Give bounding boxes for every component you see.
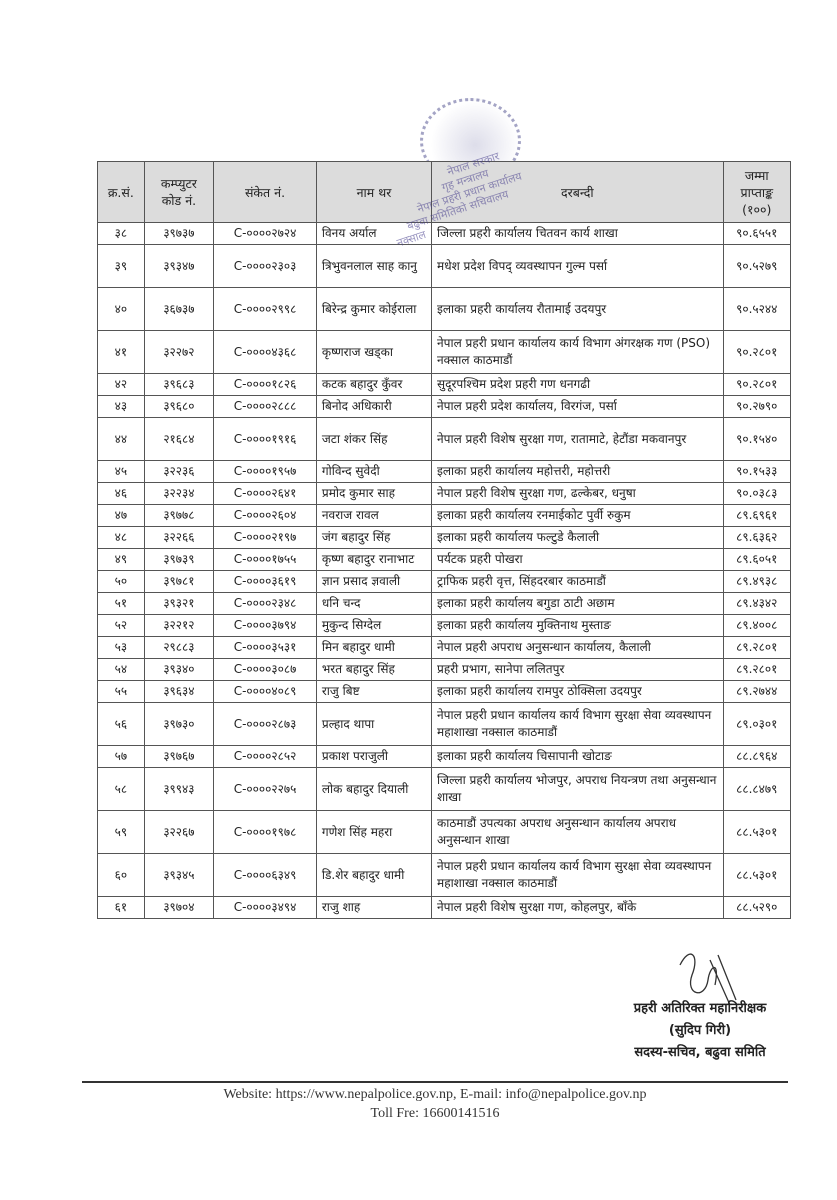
row-posting: नेपाल प्रहरी विशेष सुरक्षा गण, रातामाटे,…	[432, 418, 724, 461]
row-score: ८९.६९६१	[723, 505, 790, 527]
row-serial: ५८	[98, 768, 145, 811]
row-computer-code: ३९६८०	[144, 396, 214, 418]
row-computer-code: ३९३४०	[144, 659, 214, 681]
row-serial: ५५	[98, 681, 145, 703]
footer-contact: Website: https://www.nepalpolice.gov.np,…	[82, 1085, 788, 1104]
table-row: ४५३२२३६C-००००१९५७गोविन्द सुवेदीइलाका प्र…	[98, 461, 791, 483]
table-row: ५७३९७६७C-००००२८५२प्रकाश पराजुलीइलाका प्र…	[98, 746, 791, 768]
table-row: ५२३२२१२C-००००३७९४मुकुन्द सिग्देलइलाका प्…	[98, 615, 791, 637]
row-posting: जिल्ला प्रहरी कार्यालय भोजपुर, अपराध निय…	[432, 768, 724, 811]
row-symbol-no: C-००००२७२४	[214, 223, 317, 245]
row-symbol-no: C-००००३६१९	[214, 571, 317, 593]
row-symbol-no: C-००००२१९७	[214, 527, 317, 549]
table-row: ६१३९७०४C-००००३४९४राजु शाहनेपाल प्रहरी वि…	[98, 897, 791, 919]
row-name: बिरेन्द्र कुमार कोईराला	[316, 288, 431, 331]
row-posting: पर्यटक प्रहरी पोखरा	[432, 549, 724, 571]
row-serial: ५४	[98, 659, 145, 681]
row-name: कटक बहादुर कुँवर	[316, 374, 431, 396]
row-posting: नेपाल प्रहरी प्रधान कार्यालय कार्य विभाग…	[432, 331, 724, 374]
row-symbol-no: C-००००२२७५	[214, 768, 317, 811]
table-row: ५१३९३२१C-००००२३४८धनि चन्दइलाका प्रहरी का…	[98, 593, 791, 615]
header-total-score: जम्मा प्राप्ताङ्क (१००)	[723, 162, 790, 223]
row-serial: ६१	[98, 897, 145, 919]
row-name: गणेश सिंह महरा	[316, 811, 431, 854]
row-symbol-no: C-००००३४९४	[214, 897, 317, 919]
row-computer-code: ३९९४३	[144, 768, 214, 811]
row-name: गोविन्द सुवेदी	[316, 461, 431, 483]
row-posting: इलाका प्रहरी कार्यालय चिसापानी खोटाङ	[432, 746, 724, 768]
row-name: राजु बिष्ट	[316, 681, 431, 703]
row-symbol-no: C-००००१९५७	[214, 461, 317, 483]
row-posting: नेपाल प्रहरी विशेष सुरक्षा गण, कोहलपुर, …	[432, 897, 724, 919]
row-computer-code: ३९७३०	[144, 703, 214, 746]
row-serial: ५०	[98, 571, 145, 593]
row-computer-code: ३९७७८	[144, 505, 214, 527]
row-serial: ५७	[98, 746, 145, 768]
row-symbol-no: C-००००१९७८	[214, 811, 317, 854]
row-computer-code: ३२२६७	[144, 811, 214, 854]
row-serial: ३९	[98, 245, 145, 288]
table-body: ३८३९७३७C-००००२७२४विनय अर्यालजिल्ला प्रहर…	[98, 223, 791, 919]
row-posting: इलाका प्रहरी कार्यालय महोत्तरी, महोत्तरी	[432, 461, 724, 483]
row-symbol-no: C-००००१८२६	[214, 374, 317, 396]
signatory-role: सदस्य-सचिव, बढुवा समिति	[600, 1042, 800, 1064]
row-serial: ४३	[98, 396, 145, 418]
row-score: ८८.५३०१	[723, 854, 790, 897]
row-symbol-no: C-००००३५३१	[214, 637, 317, 659]
header-symbol-no: संकेत नं.	[214, 162, 317, 223]
row-symbol-no: C-००००२६४१	[214, 483, 317, 505]
row-symbol-no: C-००००३७९४	[214, 615, 317, 637]
row-symbol-no: C-००००२८५२	[214, 746, 317, 768]
row-posting: इलाका प्रहरी कार्यालय रामपुर ठोक्सिला उद…	[432, 681, 724, 703]
row-score: ९०.२८०१	[723, 374, 790, 396]
table-row: ४०३६७३७C-००००२९९८बिरेन्द्र कुमार कोईराला…	[98, 288, 791, 331]
row-computer-code: ३२२७२	[144, 331, 214, 374]
row-name: लोक बहादुर दियाली	[316, 768, 431, 811]
table-row: ४९३९७३९C-००००१७५५कृष्ण बहादुर रानाभाटपर्…	[98, 549, 791, 571]
row-computer-code: २९८८३	[144, 637, 214, 659]
row-symbol-no: C-००००४०८९	[214, 681, 317, 703]
table-header-row: क्र.सं. कम्प्युटर कोड नं. संकेत नं. नाम …	[98, 162, 791, 223]
row-name: कृष्णराज खड्का	[316, 331, 431, 374]
row-symbol-no: C-००००४३६८	[214, 331, 317, 374]
row-computer-code: ३२२६६	[144, 527, 214, 549]
row-posting: प्रहरी प्रभाग, सानेपा ललितपुर	[432, 659, 724, 681]
table-row: ६०३९३४५C-००००६३४९डि.शेर बहादुर धामीनेपाल…	[98, 854, 791, 897]
row-symbol-no: C-००००६३४९	[214, 854, 317, 897]
row-serial: ५३	[98, 637, 145, 659]
row-score: ९०.२७९०	[723, 396, 790, 418]
footer-tollfree: Toll Fre: 16600141516	[82, 1104, 788, 1123]
row-name: धनि चन्द	[316, 593, 431, 615]
row-computer-code: ३९७३९	[144, 549, 214, 571]
promotion-result-table: क्र.सं. कम्प्युटर कोड नं. संकेत नं. नाम …	[97, 161, 791, 919]
signatory-name: (सुदिप गिरी)	[600, 1020, 800, 1042]
row-computer-code: ३२२३४	[144, 483, 214, 505]
row-symbol-no: C-००००२३४८	[214, 593, 317, 615]
row-name: नवराज रावल	[316, 505, 431, 527]
row-name: प्रमोद कुमार साह	[316, 483, 431, 505]
row-score: ८९.४००८	[723, 615, 790, 637]
row-name: विनय अर्याल	[316, 223, 431, 245]
table-row: ४४२१६८४C-००००१९१६जटा शंकर सिंहनेपाल प्रह…	[98, 418, 791, 461]
row-name: ज्ञान प्रसाद ज्ञवाली	[316, 571, 431, 593]
row-symbol-no: C-००००२८८८	[214, 396, 317, 418]
row-score: ८८.५२९०	[723, 897, 790, 919]
header-serial: क्र.सं.	[98, 162, 145, 223]
table-row: ४६३२२३४C-००००२६४१प्रमोद कुमार साहनेपाल प…	[98, 483, 791, 505]
row-computer-code: ३९७०४	[144, 897, 214, 919]
row-score: ८९.२७४४	[723, 681, 790, 703]
row-name: प्रकाश पराजुली	[316, 746, 431, 768]
table-row: ५४३९३४०C-००००३०८७भरत बहादुर सिंहप्रहरी प…	[98, 659, 791, 681]
row-serial: ४८	[98, 527, 145, 549]
row-posting: नेपाल प्रहरी प्रधान कार्यालय कार्य विभाग…	[432, 703, 724, 746]
row-name: मिन बहादुर धामी	[316, 637, 431, 659]
row-name: प्रल्हाद थापा	[316, 703, 431, 746]
signatory-title: प्रहरी अतिरिक्त महानिरीक्षक	[600, 998, 800, 1020]
row-computer-code: ३९७३७	[144, 223, 214, 245]
row-score: ९०.५२७९	[723, 245, 790, 288]
row-symbol-no: C-००००२९९८	[214, 288, 317, 331]
row-score: ९०.२८०१	[723, 331, 790, 374]
row-score: ८९.६०५१	[723, 549, 790, 571]
row-score: ८९.०३०१	[723, 703, 790, 746]
row-posting: इलाका प्रहरी कार्यालय बगुडा ठाटी अछाम	[432, 593, 724, 615]
row-posting: नेपाल प्रहरी विशेष सुरक्षा गण, ढल्केबर, …	[432, 483, 724, 505]
table-row: ५३२९८८३C-००००३५३१मिन बहादुर धामीनेपाल प्…	[98, 637, 791, 659]
row-serial: ४१	[98, 331, 145, 374]
row-serial: ५२	[98, 615, 145, 637]
row-serial: ४४	[98, 418, 145, 461]
row-serial: ४९	[98, 549, 145, 571]
row-posting: मधेश प्रदेश विपद् व्यवस्थापन गुल्म पर्सा	[432, 245, 724, 288]
row-score: ८८.५३०१	[723, 811, 790, 854]
row-name: राजु शाह	[316, 897, 431, 919]
row-symbol-no: C-००००२८७३	[214, 703, 317, 746]
row-symbol-no: C-००००३०८७	[214, 659, 317, 681]
row-serial: ४६	[98, 483, 145, 505]
row-posting: सुदूरपश्चिम प्रदेश प्रहरी गण धनगढी	[432, 374, 724, 396]
row-name: भरत बहादुर सिंह	[316, 659, 431, 681]
header-computer-code: कम्प्युटर कोड नं.	[144, 162, 214, 223]
row-computer-code: ३९६८३	[144, 374, 214, 396]
table-row: ४७३९७७८C-००००२६०४नवराज रावलइलाका प्रहरी …	[98, 505, 791, 527]
row-serial: ६०	[98, 854, 145, 897]
table-row: ५६३९७३०C-००००२८७३प्रल्हाद थापानेपाल प्रह…	[98, 703, 791, 746]
row-computer-code: ३२२३६	[144, 461, 214, 483]
row-posting: नेपाल प्रहरी प्रदेश कार्यालय, विरगंज, पर…	[432, 396, 724, 418]
row-computer-code: ३२२१२	[144, 615, 214, 637]
row-posting: नेपाल प्रहरी प्रधान कार्यालय कार्य विभाग…	[432, 854, 724, 897]
row-posting: काठमाडौं उपत्यका अपराध अनुसन्धान कार्याल…	[432, 811, 724, 854]
row-score: ९०.१५४०	[723, 418, 790, 461]
header-name: नाम थर	[316, 162, 431, 223]
row-posting: इलाका प्रहरी कार्यालय रौतामाई उदयपुर	[432, 288, 724, 331]
row-score: ८९.४३४२	[723, 593, 790, 615]
row-computer-code: ३९७८१	[144, 571, 214, 593]
row-posting: नेपाल प्रहरी अपराध अनुसन्धान कार्यालय, क…	[432, 637, 724, 659]
row-score: ८८.८४७९	[723, 768, 790, 811]
row-name: बिनोद अधिकारी	[316, 396, 431, 418]
header-posting: दरबन्दी	[432, 162, 724, 223]
table-row: ४३३९६८०C-००००२८८८बिनोद अधिकारीनेपाल प्रह…	[98, 396, 791, 418]
row-serial: ४७	[98, 505, 145, 527]
row-serial: ५९	[98, 811, 145, 854]
row-serial: ३८	[98, 223, 145, 245]
row-name: कृष्ण बहादुर रानाभाट	[316, 549, 431, 571]
row-symbol-no: C-००००२६०४	[214, 505, 317, 527]
row-score: ९०.१५३३	[723, 461, 790, 483]
row-computer-code: ३९७६७	[144, 746, 214, 768]
footer: Website: https://www.nepalpolice.gov.np,…	[82, 1085, 788, 1123]
table-row: ५५३९६३४C-००००४०८९राजु बिष्टइलाका प्रहरी …	[98, 681, 791, 703]
row-name: जंग बहादुर सिंह	[316, 527, 431, 549]
row-serial: ४२	[98, 374, 145, 396]
row-posting: ट्राफिक प्रहरी वृत्त, सिंहदरबार काठमाडौं	[432, 571, 724, 593]
table-row: ५९३२२६७C-००००१९७८गणेश सिंह महराकाठमाडौं …	[98, 811, 791, 854]
table-row: ३९३९३४७C-००००२३०३त्रिभुवनलाल साह कानुमधे…	[98, 245, 791, 288]
row-computer-code: ३९३४७	[144, 245, 214, 288]
row-symbol-no: C-००००२३०३	[214, 245, 317, 288]
row-name: त्रिभुवनलाल साह कानु	[316, 245, 431, 288]
table-row: ४२३९६८३C-००००१८२६कटक बहादुर कुँवरसुदूरपश…	[98, 374, 791, 396]
row-posting: इलाका प्रहरी कार्यालय मुक्तिनाथ मुस्ताङ	[432, 615, 724, 637]
footer-divider	[82, 1081, 788, 1083]
row-score: ९०.६५५१	[723, 223, 790, 245]
row-serial: ५६	[98, 703, 145, 746]
row-serial: ४५	[98, 461, 145, 483]
table-row: ३८३९७३७C-००००२७२४विनय अर्यालजिल्ला प्रहर…	[98, 223, 791, 245]
row-computer-code: ३९६३४	[144, 681, 214, 703]
row-score: ८८.८९६४	[723, 746, 790, 768]
row-serial: ५१	[98, 593, 145, 615]
row-name: डि.शेर बहादुर धामी	[316, 854, 431, 897]
row-score: ८९.६३६२	[723, 527, 790, 549]
row-posting: जिल्ला प्रहरी कार्यालय चितवन कार्य शाखा	[432, 223, 724, 245]
row-posting: इलाका प्रहरी कार्यालय रनमाईकोट पुर्वी रु…	[432, 505, 724, 527]
row-computer-code: ३६७३७	[144, 288, 214, 331]
row-score: ८९.४९३८	[723, 571, 790, 593]
row-score: ८९.२८०१	[723, 637, 790, 659]
row-computer-code: ३९३२१	[144, 593, 214, 615]
table-row: ५८३९९४३C-००००२२७५लोक बहादुर दियालीजिल्ला…	[98, 768, 791, 811]
table-row: ४१३२२७२C-००००४३६८कृष्णराज खड्कानेपाल प्र…	[98, 331, 791, 374]
row-serial: ४०	[98, 288, 145, 331]
row-computer-code: २१६८४	[144, 418, 214, 461]
row-name: जटा शंकर सिंह	[316, 418, 431, 461]
row-score: ८९.२८०१	[723, 659, 790, 681]
row-name: मुकुन्द सिग्देल	[316, 615, 431, 637]
row-symbol-no: C-००००१७५५	[214, 549, 317, 571]
table-row: ४८३२२६६C-००००२१९७जंग बहादुर सिंहइलाका प्…	[98, 527, 791, 549]
signatory-block: प्रहरी अतिरिक्त महानिरीक्षक (सुदिप गिरी)…	[600, 950, 800, 1064]
table-row: ५०३९७८१C-००००३६१९ज्ञान प्रसाद ज्ञवालीट्र…	[98, 571, 791, 593]
row-computer-code: ३९३४५	[144, 854, 214, 897]
row-posting: इलाका प्रहरी कार्यालय फल्टुडे कैलाली	[432, 527, 724, 549]
row-score: ९०.०३८३	[723, 483, 790, 505]
row-symbol-no: C-००००१९१६	[214, 418, 317, 461]
row-score: ९०.५२४४	[723, 288, 790, 331]
